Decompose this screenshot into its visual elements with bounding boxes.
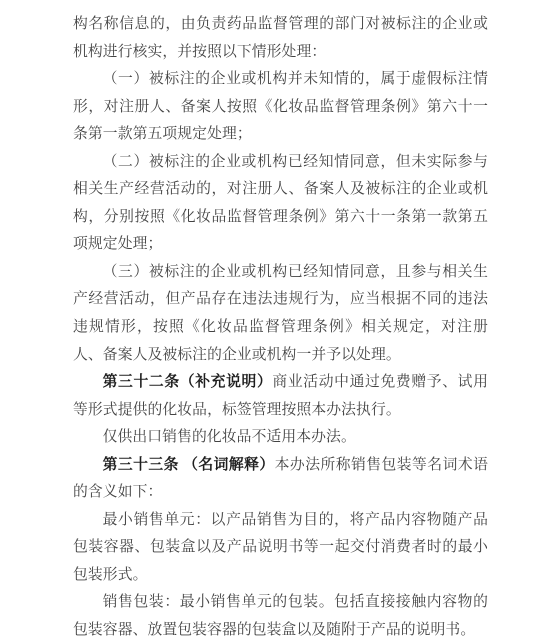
- paragraph-text: （三）被标注的企业或机构已经知情同意，且参与相关生产经营活动，但产品存在违法违规…: [73, 264, 488, 363]
- paragraph-text: 构名称信息的，由负责药品监督管理的部门对被标注的企业或机构进行核实，并按照以下情…: [73, 16, 488, 60]
- article-32-heading: 第三十二条（补充说明）: [103, 374, 273, 390]
- article-33-heading: 第三十三条 （名词解释）: [103, 457, 275, 473]
- paragraph-item-1: （一）被标注的企业或机构并未知情的，属于虚假标注情形，对注册人、备案人按照《化妆…: [73, 66, 488, 149]
- paragraph-article-32: 第三十二条（补充说明）商业活动中通过免费赠予、试用等形式提供的化妆品，标签管理按…: [73, 369, 488, 424]
- paragraph-text: 最小销售单元：以产品销售为目的，将产品内容物随产品包装容器、包装盒以及产品说明书…: [73, 512, 488, 583]
- paragraph-definition-sales-packaging: 销售包装：最小销售单元的包装。包括直接接触内容物的包装容器、放置包装容器的包装盒…: [73, 589, 488, 642]
- paragraph-text: 销售包装：最小销售单元的包装。包括直接接触内容物的包装容器、放置包装容器的包装盒…: [73, 594, 488, 638]
- paragraph-continuation: 构名称信息的，由负责药品监督管理的部门对被标注的企业或机构进行核实，并按照以下情…: [73, 11, 488, 66]
- paragraph-article-33: 第三十三条 （名词解释）本办法所称销售包装等名词术语的含义如下：: [73, 452, 488, 507]
- paragraph-text: （二）被标注的企业或机构已经知情同意，但未实际参与相关生产经营活动的，对注册人、…: [73, 154, 488, 253]
- paragraph-text: 仅供出口销售的化妆品不适用本办法。: [103, 429, 356, 445]
- paragraph-item-3: （三）被标注的企业或机构已经知情同意，且参与相关生产经营活动，但产品存在违法违规…: [73, 259, 488, 369]
- paragraph-text: （一）被标注的企业或机构并未知情的，属于虚假标注情形，对注册人、备案人按照《化妆…: [73, 71, 488, 142]
- paragraph-item-2: （二）被标注的企业或机构已经知情同意，但未实际参与相关生产经营活动的，对注册人、…: [73, 149, 488, 259]
- paragraph-export-note: 仅供出口销售的化妆品不适用本办法。: [73, 424, 488, 452]
- document-page: 构名称信息的，由负责药品监督管理的部门对被标注的企业或机构进行核实，并按照以下情…: [0, 0, 558, 642]
- paragraph-definition-min-sales-unit: 最小销售单元：以产品销售为目的，将产品内容物随产品包装容器、包装盒以及产品说明书…: [73, 507, 488, 590]
